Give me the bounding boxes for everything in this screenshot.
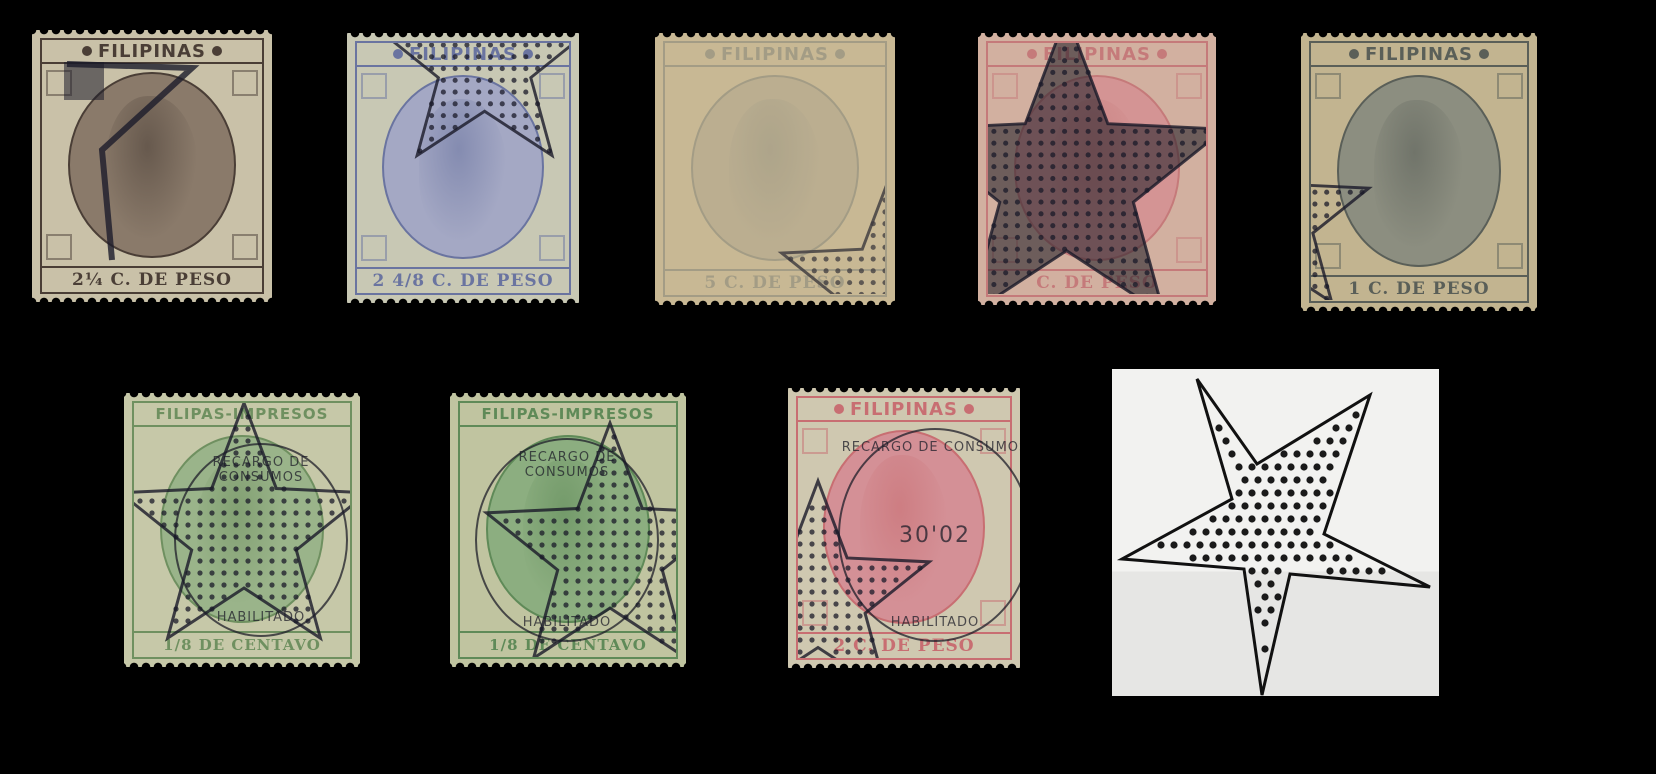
stamp-frame: FILIPINAS C. DE PESO bbox=[986, 41, 1208, 297]
country-text: FILIPINAS bbox=[1365, 44, 1473, 65]
portrait-oval bbox=[1014, 75, 1180, 261]
stamp-frame: FILIPAS-IMPRESOS 1/8 DE CENTAVO RECARGO … bbox=[458, 401, 678, 659]
country-band: FILIPINAS bbox=[798, 398, 1010, 422]
value-band: 2¼ C. DE PESO bbox=[42, 266, 262, 292]
country-band: FILIPINAS bbox=[357, 43, 569, 67]
country-text: FILIPINAS bbox=[1043, 44, 1151, 65]
portrait-oval bbox=[691, 75, 858, 261]
stamp-2: FILIPINAS 2 4/8 C. DE PESO bbox=[347, 33, 579, 303]
country-text: FILIPINAS bbox=[850, 399, 958, 420]
portrait-area bbox=[665, 67, 885, 269]
stamp-frame: FILIPINAS 1 C. DE PESO bbox=[1309, 41, 1529, 303]
king-portrait bbox=[106, 96, 197, 241]
portrait-oval bbox=[1337, 75, 1501, 266]
rosette-icon bbox=[523, 49, 533, 59]
stamp-5: FILIPINAS 1 C. DE PESO bbox=[1301, 33, 1537, 311]
portrait-area bbox=[357, 67, 569, 267]
stamp-frame: FILIPINAS 2 C. DE PESO RECARGO DE CONSUM… bbox=[796, 396, 1012, 660]
rosette-icon bbox=[1157, 49, 1167, 59]
stamp-4: FILIPINAS C. DE PESO bbox=[978, 33, 1216, 305]
country-band: FILIPAS-IMPRESOS bbox=[460, 403, 676, 427]
country-band: FILIPINAS bbox=[988, 43, 1206, 67]
rosette-icon bbox=[82, 46, 92, 56]
value-band: C. DE PESO bbox=[988, 269, 1206, 295]
stamp-frame: FILIPINAS 2 4/8 C. DE PESO bbox=[355, 41, 571, 295]
rosette-icon bbox=[964, 404, 974, 414]
value-band: 1 C. DE PESO bbox=[1311, 275, 1527, 301]
country-band: FILIPINAS bbox=[42, 40, 262, 64]
rosette-icon bbox=[212, 46, 222, 56]
portrait-area bbox=[1311, 67, 1527, 275]
country-text: FILIPAS-IMPRESOS bbox=[482, 405, 655, 423]
stamp-8: FILIPINAS 2 C. DE PESO RECARGO DE CONSUM… bbox=[788, 388, 1020, 668]
portrait-oval bbox=[68, 72, 235, 258]
cancel-reference-card bbox=[1112, 369, 1439, 696]
postmark: RECARGO DE CONSUMOS HABILITADO bbox=[475, 438, 659, 642]
stamp-frame: FILIPINAS 2¼ C. DE PESO bbox=[40, 38, 264, 294]
value-band: 5 C. DE PESO bbox=[665, 269, 885, 295]
dotted-star-icon bbox=[1112, 369, 1439, 696]
country-text: FILIPAS-IMPRESOS bbox=[156, 405, 329, 423]
rosette-icon bbox=[1027, 49, 1037, 59]
stamp-6: FILIPAS-IMPRESOS 1/8 DE CENTAVO RECARGO … bbox=[124, 393, 360, 667]
king-portrait bbox=[1374, 100, 1464, 250]
stamp-1: FILIPINAS 2¼ C. DE PESO bbox=[32, 30, 272, 302]
portrait-oval bbox=[382, 75, 543, 259]
rosette-icon bbox=[393, 49, 403, 59]
postmark: RECARGO DE CONSUMOS HABILITADO bbox=[174, 443, 348, 637]
country-text: FILIPINAS bbox=[98, 41, 206, 62]
stamp-frame: FILIPAS-IMPRESOS 1/8 DE CENTAVO RECARGO … bbox=[132, 401, 352, 659]
postmark: RECARGO DE CONSUMOS 30'02 HABILITADO bbox=[838, 428, 1032, 642]
rosette-icon bbox=[834, 404, 844, 414]
stamp-frame: FILIPINAS 5 C. DE PESO bbox=[663, 41, 887, 297]
king-portrait bbox=[419, 99, 507, 243]
value-band: 2 4/8 C. DE PESO bbox=[357, 267, 569, 293]
country-band: FILIPAS-IMPRESOS bbox=[134, 403, 350, 427]
stamp-7: FILIPAS-IMPRESOS 1/8 DE CENTAVO RECARGO … bbox=[450, 393, 686, 667]
country-band: FILIPINAS bbox=[665, 43, 885, 67]
king-portrait bbox=[1052, 99, 1143, 244]
portrait-area bbox=[42, 64, 262, 266]
king-portrait bbox=[729, 99, 820, 244]
country-text: FILIPINAS bbox=[721, 44, 829, 65]
rosette-icon bbox=[705, 49, 715, 59]
country-band: FILIPINAS bbox=[1311, 43, 1527, 67]
rosette-icon bbox=[1479, 49, 1489, 59]
country-text: FILIPINAS bbox=[409, 44, 517, 65]
stamp-3: FILIPINAS 5 C. DE PESO bbox=[655, 33, 895, 305]
portrait-area bbox=[988, 67, 1206, 269]
rosette-icon bbox=[1349, 49, 1359, 59]
rosette-icon bbox=[835, 49, 845, 59]
